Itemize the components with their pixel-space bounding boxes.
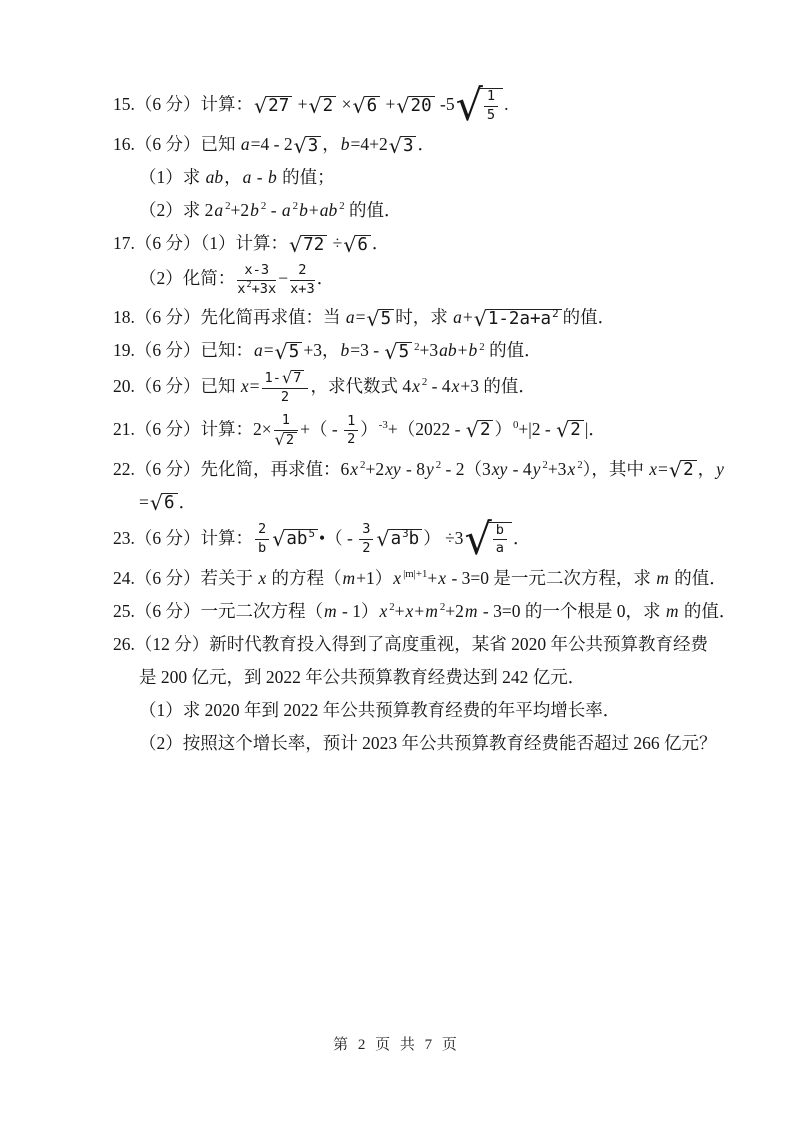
- fraction-denominator: 2: [262, 389, 309, 406]
- fraction-denominator: 2: [359, 540, 373, 557]
- fraction: 1√2: [274, 413, 298, 449]
- radicand: 15: [480, 88, 503, 123]
- fraction: 15: [484, 89, 498, 123]
- fraction: x-3x2+3x: [237, 263, 276, 297]
- math-variable: ab: [206, 167, 224, 187]
- fraction-numerator: 1: [344, 414, 358, 432]
- square-root: √6: [352, 96, 380, 117]
- radicand: 20: [409, 96, 435, 117]
- radicand: 6: [365, 96, 381, 117]
- math-variable: a: [241, 134, 250, 154]
- math-variable: x: [393, 568, 401, 588]
- radicand: 2: [321, 96, 337, 117]
- fraction-numerator: 2: [255, 522, 269, 540]
- superscript: 2: [422, 376, 427, 388]
- fraction-denominator: x+3: [290, 281, 315, 298]
- math-variable: b: [250, 200, 259, 220]
- square-root: √ab5: [272, 529, 318, 550]
- square-root: √2: [669, 460, 697, 481]
- problem-26-continued: 是 200 亿元，到 2022 年公共预算教育经费达到 242 亿元．: [113, 664, 738, 690]
- radicand: 5: [287, 342, 303, 363]
- exam-page: 15.（6 分）计算：√27 +√2 ×√6 +√20 -5√15.16.（6 …: [0, 0, 793, 1122]
- problem-19: 19.（6 分）已知：a=√5+3，b=3 - √52+3ab+b2 的值．: [113, 337, 738, 363]
- fraction-denominator: x2+3x: [237, 281, 276, 298]
- fraction: ba: [493, 523, 507, 557]
- problem-17-part-2: （2）化简：x-3x2+3x−2x+3．: [113, 263, 738, 297]
- square-root: √3: [294, 136, 322, 157]
- square-root: √6: [343, 235, 371, 256]
- square-root: √5: [384, 342, 412, 363]
- radicand: 27: [266, 96, 292, 117]
- problem-15: 15.（6 分）计算：√27 +√2 ×√6 +√20 -5√15.: [113, 88, 738, 124]
- square-root: √5: [367, 309, 395, 330]
- math-variable: a: [346, 307, 355, 327]
- radicand: 3: [401, 136, 417, 157]
- square-root: √2: [466, 420, 494, 441]
- radicand: 3: [306, 136, 322, 157]
- fraction-denominator: 5: [484, 107, 498, 124]
- problem-26-part-2: （2）按照这个增长率，预计 2023 年公共预算教育经费能否超过 266 亿元？: [113, 730, 738, 756]
- problem-22-continued: =√6．: [113, 489, 738, 515]
- square-root: √27: [254, 96, 292, 117]
- math-variable: x: [379, 601, 387, 621]
- problem-24: 24.（6 分）若关于 x 的方程（m+1）x|m|+1+x - 3=0 是一元…: [113, 565, 738, 591]
- math-variable: x: [452, 376, 460, 396]
- fraction-numerator: 1: [274, 413, 298, 431]
- math-variable: b: [340, 340, 349, 360]
- superscript: 2: [436, 459, 441, 471]
- problem-26: 26.（12 分）新时代教育投入得到了高度重视，某省 2020 年公共预算教育经…: [113, 631, 738, 657]
- superscript: -3: [379, 419, 388, 431]
- radicand: ab5: [284, 529, 318, 550]
- radicand: 2: [681, 460, 697, 481]
- math-variable: m: [666, 601, 679, 621]
- problem-22: 22.（6 分）先化简，再求值：6x2+2xy - 8y2 - 2（3xy - …: [113, 456, 738, 482]
- square-root: √5: [275, 342, 303, 363]
- math-variable: m: [343, 568, 356, 588]
- page-footer: 第 2 页 共 7 页: [0, 1032, 793, 1058]
- fraction: 32: [359, 522, 373, 556]
- math-variable: x: [258, 568, 266, 588]
- fraction-denominator: a: [493, 540, 507, 557]
- fraction: 1-√72: [262, 370, 309, 406]
- superscript: 2: [225, 200, 230, 212]
- superscript: |m|+1: [403, 568, 427, 580]
- math-variable: x: [567, 459, 575, 479]
- fraction: 12: [344, 414, 358, 448]
- square-root: √7: [282, 370, 304, 386]
- problem-16: 16.（6 分）已知 a=4 - 2√3，b=4+2√3．: [113, 131, 738, 157]
- math-variable: a: [243, 167, 252, 187]
- math-variable: b: [469, 340, 478, 360]
- square-root: √3: [389, 136, 417, 157]
- problem-23: 23.（6 分）计算：2b√ab5•（ - 32√a3b） ÷3√ba．: [113, 522, 738, 558]
- math-variable: m: [656, 568, 669, 588]
- math-variable: m: [324, 601, 337, 621]
- math-variable: b: [268, 167, 277, 187]
- square-root: √ba: [464, 522, 512, 558]
- problem-18: 18.（6 分）先化简再求值：当 a=√5时，求 a+√1-2a+a2的值．: [113, 304, 738, 330]
- square-root: √20: [396, 96, 434, 117]
- superscript: 2: [389, 601, 394, 613]
- radicand: 7: [291, 370, 304, 386]
- radicand: 2: [284, 432, 297, 448]
- math-variable: b: [299, 200, 308, 220]
- superscript: 2: [360, 459, 365, 471]
- superscript: 2: [552, 307, 559, 320]
- fraction: 2x+3: [290, 263, 315, 297]
- square-root: √a3b: [376, 529, 422, 550]
- math-variable: y: [533, 459, 541, 479]
- math-variable: y: [426, 459, 434, 479]
- math-variable: m: [425, 601, 438, 621]
- problem-26-part-1: （1）求 2020 年到 2022 年公共预算教育经费的年平均增长率．: [113, 697, 738, 723]
- square-root: √15: [456, 88, 504, 124]
- radicand: 6: [162, 493, 178, 514]
- math-variable: x: [241, 376, 249, 396]
- fraction-numerator: x-3: [237, 263, 276, 281]
- superscript: 2: [577, 459, 582, 471]
- radical-sign-icon: √: [456, 88, 483, 124]
- radicand: 1-2a+a2: [486, 309, 562, 330]
- superscript: 3: [402, 527, 409, 540]
- math-variable: x: [350, 459, 358, 479]
- problem-25: 25.（6 分）一元二次方程（m - 1）x2+x+m2+2m - 3=0 的一…: [113, 598, 738, 624]
- problem-16-part-1: （1）求 ab，a - b 的值；: [113, 164, 738, 190]
- radicand: 6: [355, 235, 371, 256]
- superscript: 2: [542, 459, 547, 471]
- math-variable: a: [453, 307, 462, 327]
- superscript: 2: [261, 200, 266, 212]
- radicand: 5: [397, 342, 413, 363]
- problem-16-part-2: （2）求 2a2+2b2 - a2b+ab2 的值．: [113, 197, 738, 223]
- fraction-numerator: 3: [359, 522, 373, 540]
- math-variable: y: [716, 459, 724, 479]
- fraction-numerator: b: [493, 523, 507, 541]
- radicand: 2: [568, 420, 584, 441]
- fraction-denominator: 2: [344, 431, 358, 448]
- fraction: 2b: [255, 522, 269, 556]
- math-variable: x: [412, 376, 420, 396]
- math-variable: a: [282, 200, 291, 220]
- fraction-numerator: 2: [290, 263, 315, 281]
- superscript: 2: [246, 279, 251, 289]
- superscript: 2: [479, 341, 484, 353]
- math-variable: a: [254, 340, 263, 360]
- superscript: 2: [414, 341, 419, 353]
- math-variable: xy: [385, 459, 401, 479]
- square-root: √2: [308, 96, 336, 117]
- superscript: 0: [513, 419, 518, 431]
- square-root: √72: [289, 235, 327, 256]
- superscript: 2: [440, 601, 445, 613]
- radicand: ba: [489, 522, 512, 557]
- square-root: √2: [275, 432, 297, 448]
- math-variable: m: [465, 601, 478, 621]
- math-variable: ab: [320, 200, 338, 220]
- fraction-numerator: 1-√7: [262, 370, 309, 389]
- radicand: 5: [379, 309, 395, 330]
- math-variable: a: [214, 200, 223, 220]
- superscript: 2: [293, 200, 298, 212]
- radical-sign-icon: √: [464, 522, 491, 558]
- document-body: 15.（6 分）计算：√27 +√2 ×√6 +√20 -5√15.16.（6 …: [113, 88, 738, 756]
- radicand: 2: [478, 420, 494, 441]
- math-variable: xy: [492, 459, 508, 479]
- problem-20: 20.（6 分）已知 x=1-√72，求代数式 4x2 - 4x+3 的值．: [113, 370, 738, 406]
- math-variable: x: [406, 601, 414, 621]
- math-variable: b: [341, 134, 350, 154]
- problem-21: 21.（6 分）计算：2×1√2+（ - 12）-3+（2022 - √2）0+…: [113, 413, 738, 449]
- radicand: a3b: [389, 529, 423, 550]
- math-variable: ab: [439, 340, 457, 360]
- radicand: 72: [301, 235, 327, 256]
- square-root: √1-2a+a2: [474, 309, 562, 330]
- square-root: √6: [150, 493, 178, 514]
- math-variable: x: [438, 568, 446, 588]
- problem-17: 17.（6 分）（1）计算：√72 ÷√6．: [113, 230, 738, 256]
- fraction-denominator: √2: [274, 431, 298, 449]
- fraction-denominator: b: [255, 540, 269, 557]
- superscript: 2: [339, 200, 344, 212]
- superscript: 5: [308, 527, 315, 540]
- square-root: √2: [556, 420, 584, 441]
- fraction-numerator: 1: [484, 89, 498, 107]
- math-variable: x: [649, 459, 657, 479]
